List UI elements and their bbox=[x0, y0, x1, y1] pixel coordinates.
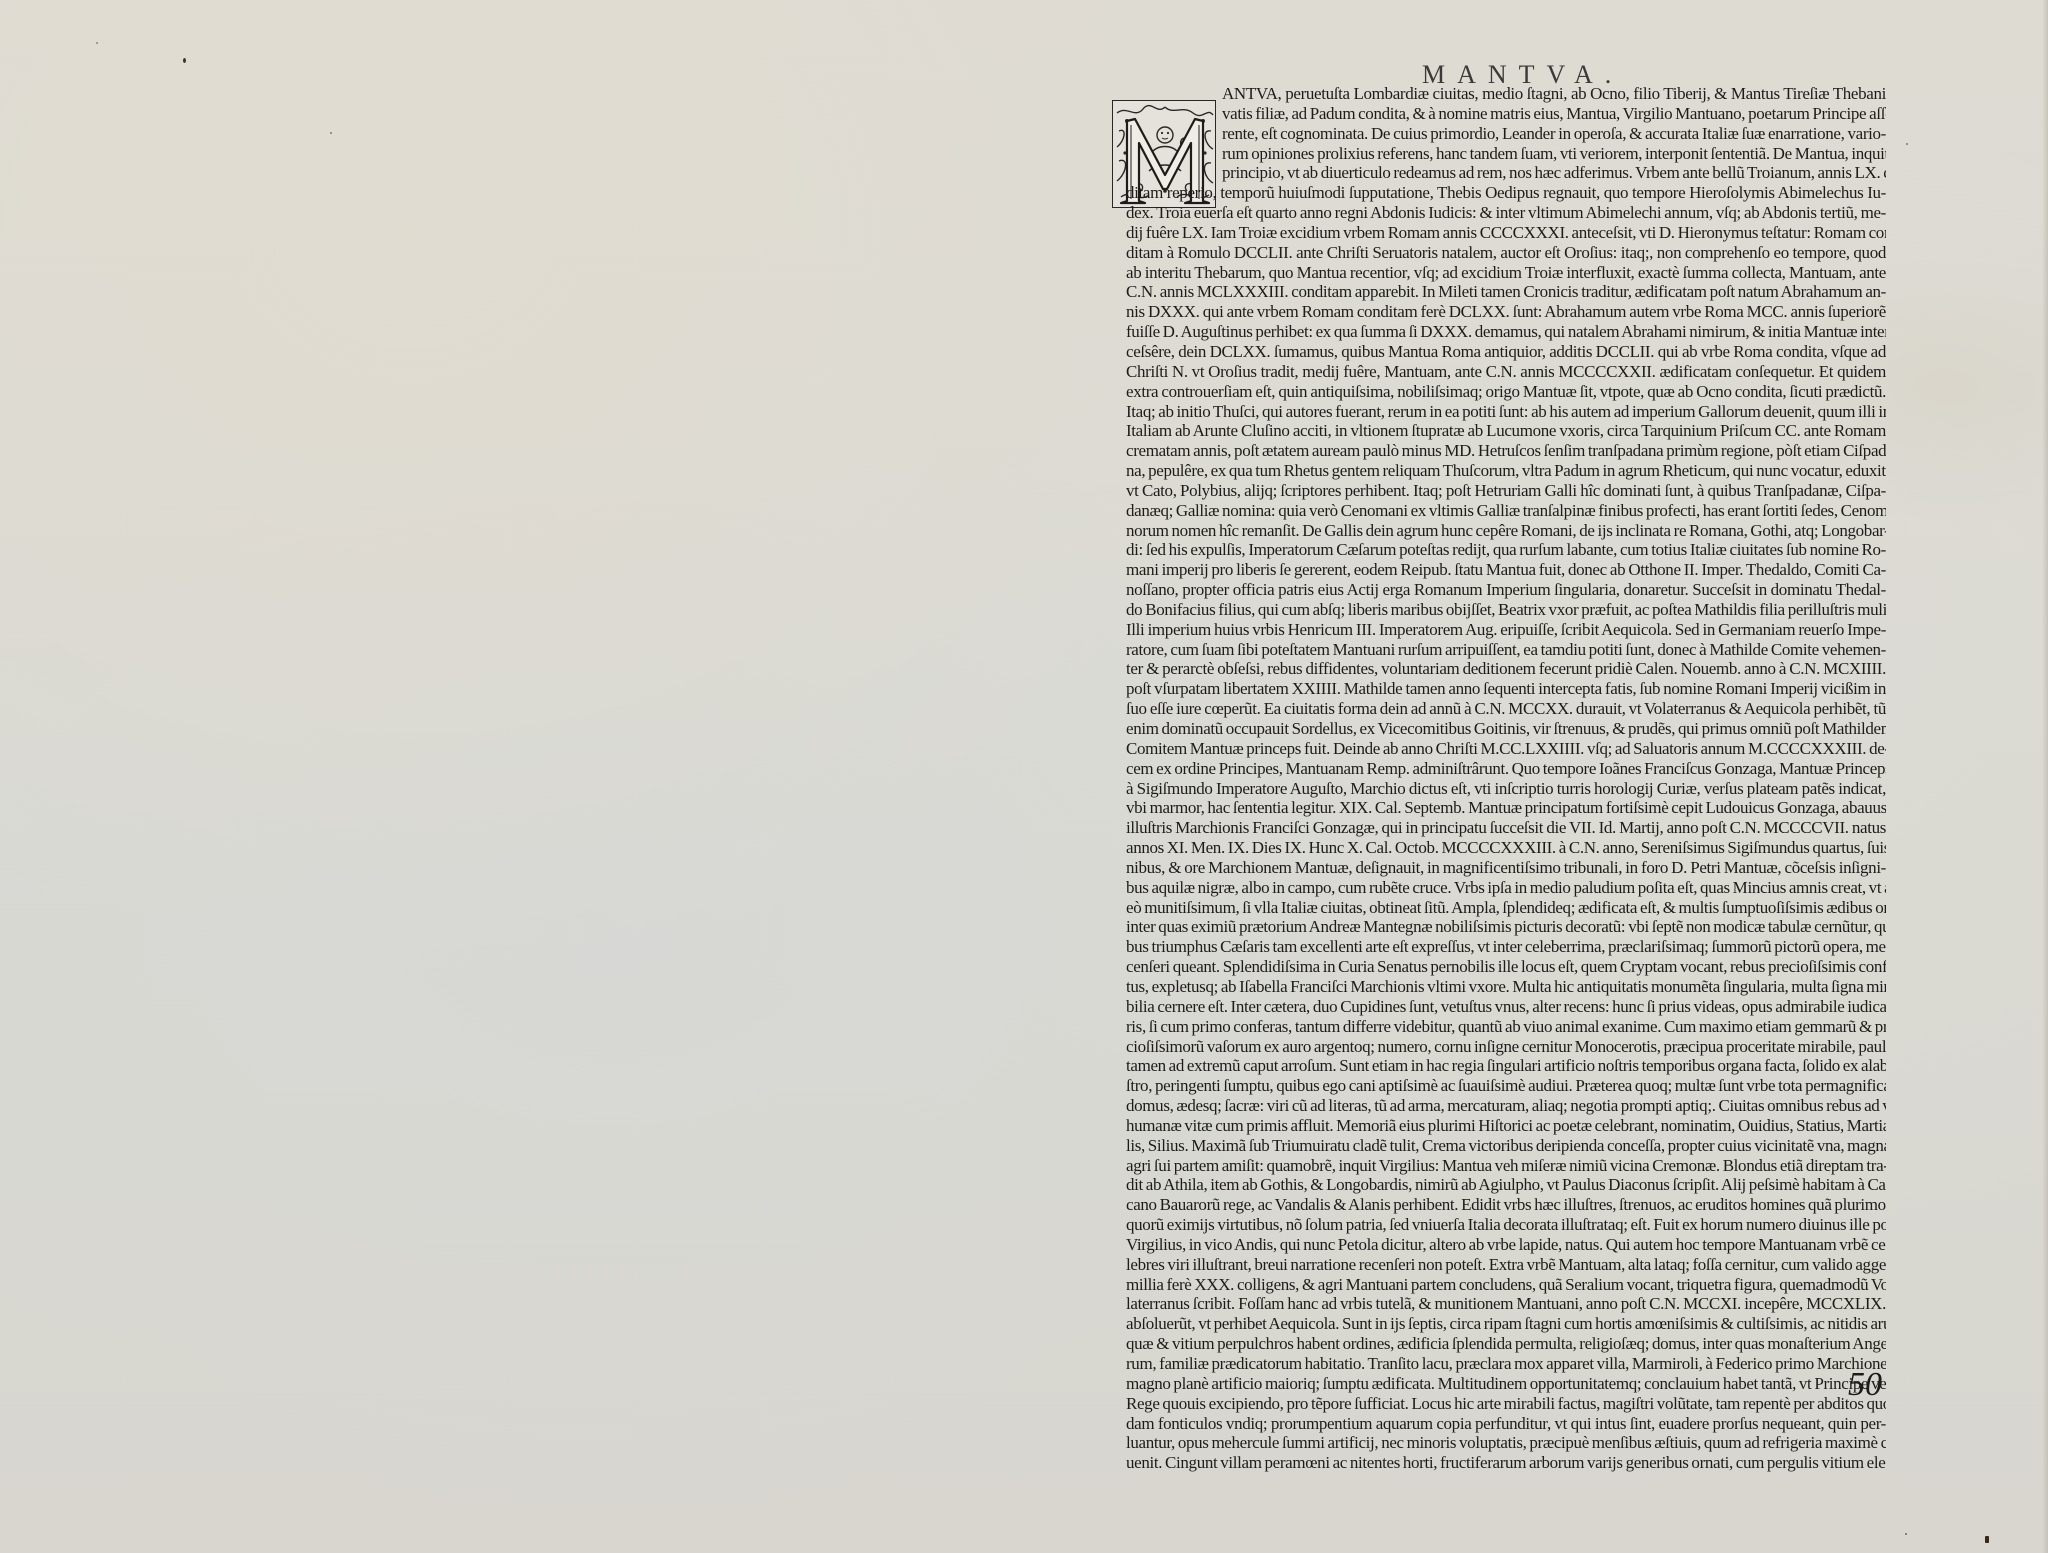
text-line: ab interitu Thebarum, quo Mantua recenti… bbox=[1126, 263, 1886, 283]
text-line: magno planè artificio maioriq; ſumptu æd… bbox=[1126, 1374, 1886, 1394]
paper-speck bbox=[330, 132, 332, 134]
text-line: poſt vſurpatam libertatem XXIIII. Mathil… bbox=[1126, 679, 1886, 699]
text-line: vatis filiæ, ad Padum condita, & à nomin… bbox=[1126, 104, 1886, 124]
paper-speck bbox=[1985, 1536, 1989, 1543]
text-line: na, pepulêre, ex qua tum Rhetus gentem r… bbox=[1126, 461, 1886, 481]
text-line: quæ & vitium perpulchros habent ordines,… bbox=[1126, 1334, 1886, 1354]
text-line: danæq; Galliæ nomina: quia verò Cenomani… bbox=[1126, 501, 1886, 521]
text-line: laterranus ſcribit. Foſſam hanc ad vrbis… bbox=[1126, 1294, 1886, 1314]
text-line: tamen ad extremũ caput arroſum. Sunt eti… bbox=[1126, 1056, 1886, 1076]
text-line: à Sigiſmundo Imperatore Auguſto, Marchio… bbox=[1126, 779, 1886, 799]
text-line: do Bonifacius filius, qui cum abſq; libe… bbox=[1126, 600, 1886, 620]
text-line: tus, expletusq; ab Iſabella Franciſci Ma… bbox=[1126, 977, 1886, 997]
text-line: uenit. Cingunt villam peramœni ac nitent… bbox=[1126, 1453, 1886, 1473]
text-line: agri ſui partem amiſit: quamobrẽ, inquit… bbox=[1126, 1156, 1886, 1176]
text-line: inter quas eximiũ prætorium Andreæ Mante… bbox=[1126, 917, 1886, 937]
text-line: ratore, cum ſuam ſibi poteſtatem Mantuan… bbox=[1126, 640, 1886, 660]
text-line: ris, ſi cum primo conferas, tantum diffe… bbox=[1126, 1017, 1886, 1037]
text-line: di: ſed his expulſis, Imperatorum Cæſaru… bbox=[1126, 540, 1886, 560]
paper-speck bbox=[96, 42, 98, 44]
text-line: illuſtris Marchionis Franciſci Gonzagæ, … bbox=[1126, 818, 1886, 838]
text-line: ditam reperio, temporũ huiuſmodi ſupputa… bbox=[1126, 183, 1886, 203]
text-line: Comitem Mantuæ princeps fuit. Deinde ab … bbox=[1126, 739, 1886, 759]
text-line: cem ex ordine Principes, Mantuanam Remp.… bbox=[1126, 759, 1886, 779]
text-line: crematam annis, poſt ætatem auream paulò… bbox=[1126, 441, 1886, 461]
text-line: rente, eſt cognominata. De cuius primord… bbox=[1126, 124, 1886, 144]
text-line: Chriſti N. vt Oroſius tradit, medij fuêr… bbox=[1126, 362, 1886, 382]
paper-speck bbox=[1906, 143, 1908, 145]
text-line: ceſsêre, dein DCLXX. ſumamus, quibus Man… bbox=[1126, 342, 1886, 362]
text-line: enim dominatũ occupauit Sordellus, ex Vi… bbox=[1126, 719, 1886, 739]
text-line: Illi imperium huius vrbis Henricum III. … bbox=[1126, 620, 1886, 640]
text-line: C.N. annis MCLXXXIII. conditam apparebit… bbox=[1126, 282, 1886, 302]
text-line: bilia cernere eſt. Inter cætera, duo Cup… bbox=[1126, 997, 1886, 1017]
text-line: rum, familiæ prædicatorum habitatio. Tra… bbox=[1126, 1354, 1886, 1374]
text-line: extra controuerſiam eſt, quin antiquiſsi… bbox=[1126, 382, 1886, 402]
page-number: 50 bbox=[1848, 1366, 1882, 1404]
paper-speck bbox=[183, 58, 186, 63]
text-line: dit ab Athila, item ab Gothis, & Longoba… bbox=[1126, 1175, 1886, 1195]
text-line: ſtro, peringenti ſumptu, quibus ego cani… bbox=[1126, 1076, 1886, 1096]
text-line: abſoluerũt, vt perhibet Aequicola. Sunt … bbox=[1126, 1314, 1886, 1334]
text-line: principio, vt ab diuerticulo redeamus ad… bbox=[1126, 163, 1886, 183]
text-line: luantur, opus mehercule ſummi artificij,… bbox=[1126, 1433, 1886, 1453]
text-line: vt Cato, Polybius, alijq; ſcriptores per… bbox=[1126, 481, 1886, 501]
text-line: fuiſſe D. Auguſtinus perhibet: ex qua ſu… bbox=[1126, 322, 1886, 342]
text-line: dij fuêre LX. Iam Troiæ excidium vrbem R… bbox=[1126, 223, 1886, 243]
text-line: vbi marmor, hac ſententia legitur. XIX. … bbox=[1126, 798, 1886, 818]
scanned-page: MANTVA. bbox=[0, 0, 2048, 1553]
text-line: domus, ædesq; ſacræ: viri cũ ad literas,… bbox=[1126, 1096, 1886, 1116]
paper-speck bbox=[1905, 1533, 1907, 1535]
text-line: dam fonticulos vndiq; prorumpentium aqua… bbox=[1126, 1414, 1886, 1434]
body-text: ANTVA, peruetuſta Lombardiæ ciuitas, med… bbox=[1126, 84, 1886, 1473]
text-line: cenſeri queant. Splendidiſsima in Curia … bbox=[1126, 957, 1886, 977]
text-line: Rege quouis excipiendo, pro tẽpore ſuffi… bbox=[1126, 1394, 1886, 1414]
text-line: Itaq; ab initio Thuſci, qui autores fuer… bbox=[1126, 402, 1886, 422]
text-line: Virgilius, in vico Andis, qui nunc Petol… bbox=[1126, 1235, 1886, 1255]
text-line: quorũ eximijs virtutibus, nõ ſolum patri… bbox=[1126, 1215, 1886, 1235]
text-line: cano Bauarorũ rege, ac Vandalis & Alanis… bbox=[1126, 1195, 1886, 1215]
text-line: bus triumphus Cæſaris tam excellenti art… bbox=[1126, 937, 1886, 957]
text-line: dex. Troia euerſa eſt quarto anno regni … bbox=[1126, 203, 1886, 223]
text-line: norum nomen hîc remanſit. De Gallis dein… bbox=[1126, 521, 1886, 541]
text-line: eò munitiſsimum, ſi vlla Italiæ ciuitas,… bbox=[1126, 898, 1886, 918]
text-line: lis, Silius. Maximã ſub Triumuiratu clad… bbox=[1126, 1136, 1886, 1156]
text-line: mani imperij pro liberis ſe gererent, eo… bbox=[1126, 560, 1886, 580]
text-line: lebres viri illuſtrant, breui narratione… bbox=[1126, 1255, 1886, 1275]
paper-edge bbox=[2042, 0, 2048, 1553]
text-line: humanæ vitæ cum primis affluit. Memoriã … bbox=[1126, 1116, 1886, 1136]
text-line: ditam à Romulo DCCLII. ante Chriſti Seru… bbox=[1126, 243, 1886, 263]
text-line: cioſiſsimorũ vaſorum ex auro argentoq; n… bbox=[1126, 1037, 1886, 1057]
text-line: ſuo eſſe iure cœperũt. Ea ciuitatis form… bbox=[1126, 699, 1886, 719]
text-line: noſſano, propter officia patris eius Act… bbox=[1126, 580, 1886, 600]
text-line: ter & perarctè obſeſsi, rebus diffidente… bbox=[1126, 659, 1886, 679]
text-line: bus aquilæ nigræ, albo in campo, cum rub… bbox=[1126, 878, 1886, 898]
text-line: ANTVA, peruetuſta Lombardiæ ciuitas, med… bbox=[1126, 84, 1886, 104]
text-line: Italiam ab Arunte Cluſino acciti, in vlt… bbox=[1126, 421, 1886, 441]
text-line: nibus, & ore Marchionem Mantuæ, deſignau… bbox=[1126, 858, 1886, 878]
text-line: rum opiniones prolixius referens, hanc t… bbox=[1126, 144, 1886, 164]
text-line: nis DXXX. qui ante vrbem Romam conditam … bbox=[1126, 302, 1886, 322]
text-line: millia ferè XXX. colligens, & agri Mantu… bbox=[1126, 1275, 1886, 1295]
text-line: annos XI. Men. IX. Dies IX. Hunc X. Cal.… bbox=[1126, 838, 1886, 858]
